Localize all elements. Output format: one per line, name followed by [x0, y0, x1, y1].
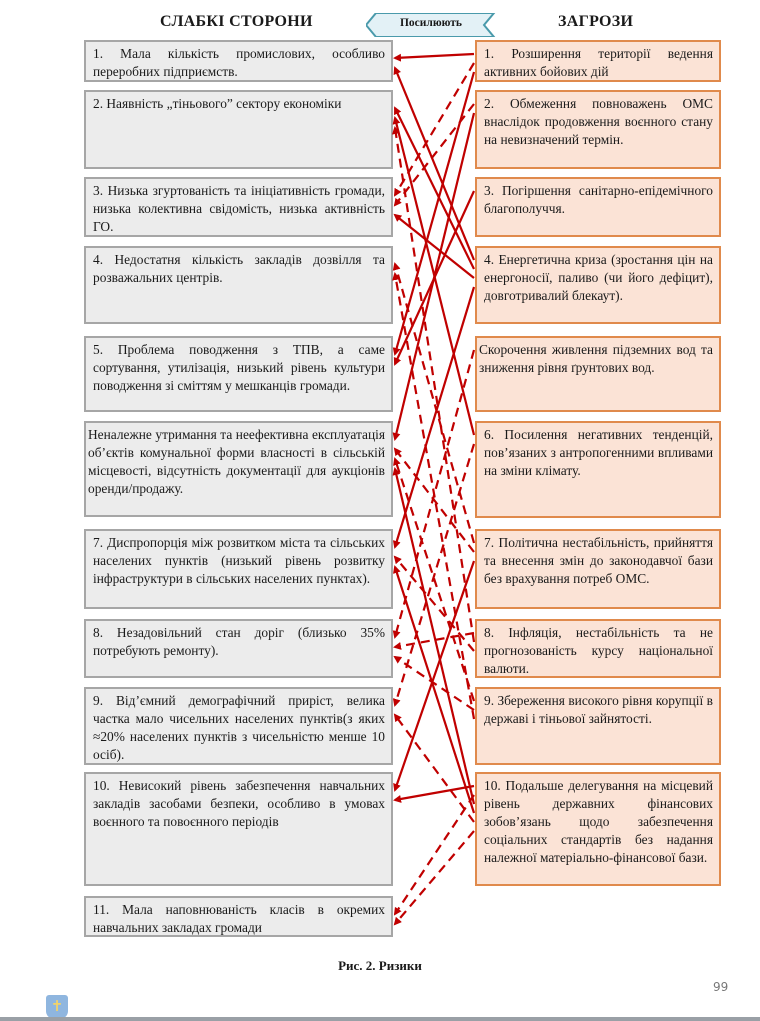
weakness-box-1: 1. Мала кількість промислових, особливо … — [84, 40, 393, 82]
arrow-threat-10-to-weakness-7 — [395, 567, 474, 813]
weakness-box-11: 11. Мала наповнюваність класів в окремих… — [84, 896, 393, 937]
threat-box-7: 7. Політична нестабільність, прийняття т… — [475, 529, 721, 609]
page-number: 99 — [713, 980, 728, 994]
weakness-box-2: 2. Наявність „тіньового” сектору економі… — [84, 90, 393, 169]
arrow-threat-4-to-weakness-3 — [395, 215, 474, 278]
arrow-threat-7-to-weakness-4 — [395, 264, 474, 543]
threat-box-10: 10. Подальше делегування на місцевий рів… — [475, 772, 721, 886]
threat-box-1: 1. Розширення території ведення активних… — [475, 40, 721, 82]
arrow-threat-4-to-weakness-7 — [395, 287, 474, 547]
arrow-threat-4-to-weakness-1 — [395, 68, 474, 260]
relation-tag: Посилюють — [366, 13, 496, 37]
arrow-threat-7-to-weakness-6 — [395, 449, 474, 552]
arrow-threat-10-to-weakness-9 — [395, 715, 474, 822]
arrow-threat-8-to-weakness-8 — [395, 633, 474, 647]
arrow-threat-6-to-weakness-9 — [395, 444, 474, 705]
weakness-box-8: 8. Незадовільний стан доріг (близько 35%… — [84, 619, 393, 678]
relation-label: Посилюють — [366, 17, 496, 29]
weakness-box-10: 10. Невисокий рівень забезпечення навчал… — [84, 772, 393, 886]
arrow-threat-6-to-weakness-2 — [395, 118, 474, 435]
threat-box-4: 4. Енергетична криза (зростання цін на е… — [475, 246, 721, 324]
arrow-threat-8-to-weakness-2 — [395, 128, 474, 642]
arrow-threat-9-to-weakness-6 — [395, 459, 474, 701]
arrow-threat-3-to-weakness-5 — [395, 191, 474, 364]
arrow-threat-10-to-weakness-11 — [395, 831, 474, 924]
threat-box-6: 6. Посилення негативних тенденцій, пов’я… — [475, 421, 721, 518]
arrow-threat-7-to-weakness-10 — [395, 561, 474, 790]
arrow-threat-2-to-weakness-6 — [395, 113, 474, 439]
threat-box-3: 3. Погіршення санітарно-епідемічного бла… — [475, 177, 721, 237]
threat-box-9: 9. Збереження високого рівня корупції в … — [475, 687, 721, 765]
weakness-box-3: 3. Низька згуртованість та ініціативніст… — [84, 177, 393, 237]
weakness-box-9: 9. Від’ємний демографічний приріст, вели… — [84, 687, 393, 765]
figure-caption: Рис. 2. Ризики — [0, 958, 760, 974]
weakness-box-7: 7. Диспропорція між розвитком міста та с… — [84, 529, 393, 609]
arrow-threat-10-to-weakness-11 — [395, 795, 474, 914]
arrow-threat-2-to-weakness-3 — [395, 104, 474, 205]
threat-box-2: 2. Обмеження повноважень ОМС внаслідок п… — [475, 90, 721, 169]
arrow-threat-10-to-weakness-6 — [395, 469, 474, 804]
arrow-threat-1-to-weakness-3 — [395, 63, 474, 195]
weakness-box-4: 4. Недостатня кількість закладів дозвілл… — [84, 246, 393, 324]
weakness-box-5: 5. Проблема поводження з ТПВ, а саме сор… — [84, 336, 393, 412]
weakness-box-6: Неналежне утримання та неефективна експл… — [84, 421, 393, 517]
arrow-threat-9-to-weakness-4 — [395, 274, 474, 719]
arrow-threat-8-to-weakness-7 — [395, 557, 474, 651]
threat-box-5: Скорочення живлення підземних вод та зни… — [475, 336, 721, 412]
arrow-threat-4-to-weakness-2 — [395, 108, 474, 269]
threat-box-8: 8. Інфляція, нестабільність та не прогно… — [475, 619, 721, 678]
weaknesses-heading: СЛАБКІ СТОРОНИ — [160, 13, 313, 31]
arrow-threat-9-to-weakness-8 — [395, 657, 474, 710]
arrow-threat-1-to-weakness-5 — [395, 72, 474, 354]
arrow-threat-5-to-weakness-8 — [395, 350, 474, 637]
arrow-threat-10-to-weakness-10 — [395, 786, 474, 800]
footer-divider — [0, 1017, 760, 1021]
coat-of-arms-icon: ✝ — [46, 995, 68, 1019]
threats-heading: ЗАГРОЗИ — [558, 13, 633, 31]
arrow-threat-1-to-weakness-1 — [395, 54, 474, 58]
